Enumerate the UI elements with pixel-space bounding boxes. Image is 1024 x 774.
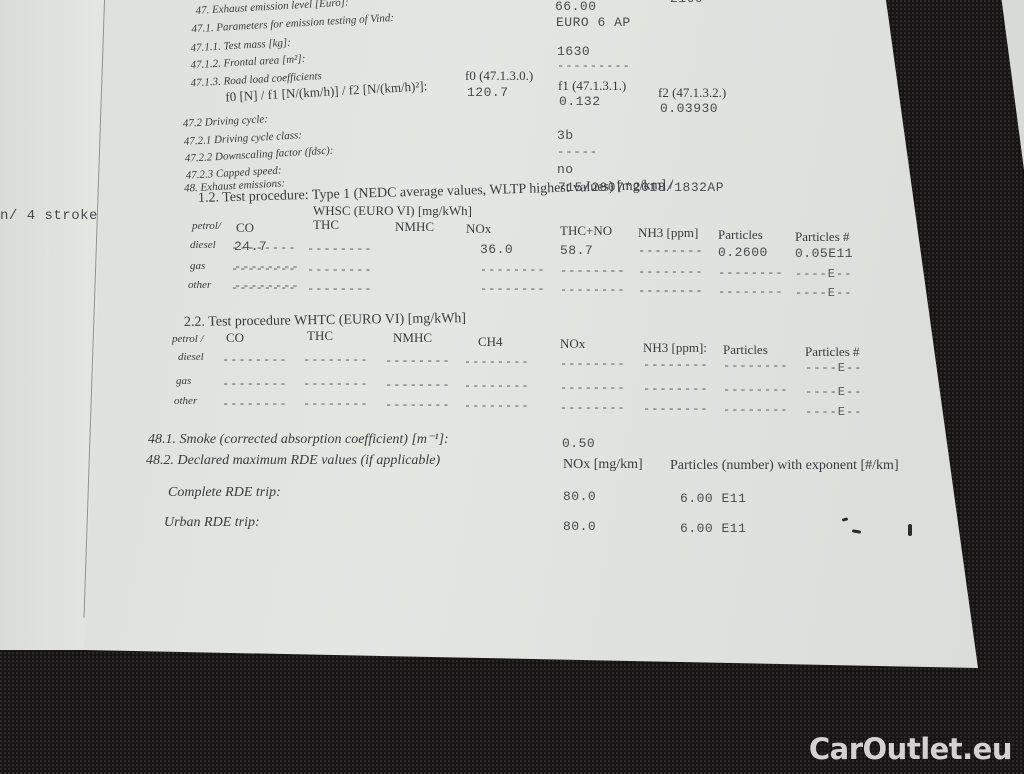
fuel-label: gas <box>190 261 205 272</box>
table-cell: -------- <box>307 264 373 276</box>
table-cell: 36.0 <box>480 243 513 256</box>
document-content: n/ 4 stroke Drive-by 47. Exhaust emissio… <box>0 0 1024 774</box>
ink-mark <box>908 524 912 536</box>
smoke-value: 0.50 <box>562 437 595 450</box>
table-cell: -------- <box>385 379 451 391</box>
table-cell: ----E-- <box>805 362 862 374</box>
table-cell: -------- <box>464 380 530 392</box>
column-header: NH3 [ppm]: <box>643 341 707 354</box>
table-cell: -------- <box>638 245 704 257</box>
column-header: Particles <box>723 343 768 356</box>
column-header: THC+NO <box>560 224 612 237</box>
table-cell: -------- <box>643 403 709 415</box>
rde-complete-label: Complete RDE trip: <box>168 486 281 500</box>
table-cell: -------- <box>480 264 546 276</box>
capped-speed-value: no <box>557 163 574 176</box>
f0-value: 120.7 <box>467 86 509 99</box>
rde-complete-particles: 6.00 E11 <box>680 492 746 505</box>
table-cell: -------- <box>303 354 369 366</box>
table-cell: -------- <box>638 266 704 278</box>
table-cell: -------- <box>560 284 626 296</box>
fuel-header: petrol/ <box>192 221 221 232</box>
fuel-label: gas <box>176 376 191 387</box>
rde-label: 48.2. Declared maximum RDE values (if ap… <box>146 454 440 468</box>
column-header: THC <box>313 218 339 231</box>
fuel-label: other <box>174 396 197 407</box>
table-cell: -------- <box>231 282 297 294</box>
table-cell: -------- <box>222 378 288 390</box>
column-header: CH4 <box>478 335 503 348</box>
table-cell: ----E-- <box>805 386 862 398</box>
table-cell: 0.05E11 <box>795 247 853 260</box>
rde-particles-header: Particles (number) with exponent [#/km] <box>670 459 899 473</box>
table-cell: -------- <box>303 378 369 390</box>
table-cell: -------- <box>222 354 288 366</box>
table-cell: -------- <box>231 263 297 275</box>
table-cell: -------- <box>723 404 789 416</box>
f0-header: f0 (47.1.3.0.) <box>465 69 533 82</box>
table-cell: -------- <box>560 358 626 370</box>
table-cell: -------- <box>643 359 709 371</box>
rde-urban-label: Urban RDE trip: <box>164 516 260 530</box>
frontal-area-value: --------- <box>557 60 631 72</box>
f1-header: f1 (47.1.3.1.) <box>558 79 626 92</box>
downscaling-factor-value: ----- <box>557 146 598 158</box>
table-cell: -------- <box>480 283 546 295</box>
column-header: Particles # <box>795 230 850 243</box>
table-cell: -------- <box>723 360 789 372</box>
fuel-header: petrol / <box>172 334 204 345</box>
table-cell: -------- <box>464 356 530 368</box>
table-cell: -------- <box>560 382 626 394</box>
table-cell: ----E-- <box>795 287 852 299</box>
emission-level-value: 66.00 <box>555 0 597 13</box>
section-47: Drive-by 47. Exhaust emission level [Eur… <box>0 0 1024 211</box>
table-cell: 0.2600 <box>718 246 768 259</box>
table-cell: -------- <box>307 243 373 255</box>
euro-class-value: EURO 6 AP <box>556 16 631 29</box>
table-cell: -------- <box>560 402 626 414</box>
f2-value: 0.03930 <box>660 102 718 115</box>
test1-subtitle: WHSC (EURO VI) [mg/kWh] <box>313 204 472 217</box>
row-47-1-2-label: 47.1.2. Frontal area [m²]: <box>190 52 306 72</box>
column-header: CO <box>236 221 254 234</box>
column-header: NMHC <box>393 331 432 344</box>
column-header: Particles <box>718 228 763 241</box>
table-cell: -------- <box>718 286 784 298</box>
rde-complete-nox: 80.0 <box>563 490 596 503</box>
rde-urban-nox: 80.0 <box>563 520 596 533</box>
row-47-1-1-label: 47.1.1. Test mass [kg]: <box>190 36 291 56</box>
driving-cycle-class-value: 3b <box>557 129 574 142</box>
fuel-label: other <box>188 280 211 291</box>
table-cell: -------- <box>464 400 530 412</box>
table-cell: -------- <box>303 398 369 410</box>
column-header: THC <box>307 329 333 342</box>
table-cell: -------- <box>385 399 451 411</box>
table-cell: ----E-- <box>805 406 862 418</box>
column-header: Particles # <box>805 345 860 358</box>
ink-mark <box>852 529 861 534</box>
table-cell: -------- <box>718 267 784 279</box>
column-header: NOx <box>560 337 585 350</box>
table-cell: -------- <box>385 355 451 367</box>
table-cell: -------- <box>723 384 789 396</box>
fuel-label: diesel <box>190 240 216 251</box>
table-cell: ----E-- <box>795 268 852 280</box>
rde-nox-header: NOx [mg/km] <box>563 458 643 472</box>
f2-header: f2 (47.1.3.2.) <box>658 86 726 99</box>
row-47-2-label: 47.2 Driving cycle: <box>182 112 268 131</box>
table-cell: -------- <box>643 383 709 395</box>
column-header: NH3 [ppm] <box>638 226 698 239</box>
column-header: NMHC <box>395 220 434 233</box>
smoke-label: 48.1. Smoke (corrected absorption coeffi… <box>148 433 449 447</box>
left-page-fragment: n/ 4 stroke <box>0 209 98 223</box>
test-mass-value: 1630 <box>557 45 590 58</box>
ink-mark <box>842 517 849 521</box>
table-cell: -------- <box>638 285 704 297</box>
table-cell: -------- <box>560 265 626 277</box>
fuel-label: diesel <box>178 352 204 363</box>
top-right-fragment: 2100 <box>670 0 703 5</box>
table-cell: -------- <box>307 283 373 295</box>
watermark-logo: CarOutlet.eu <box>809 732 1012 766</box>
column-header: CO <box>226 331 244 344</box>
table-cell: -------- <box>222 398 288 410</box>
column-header: NOx <box>466 222 491 235</box>
rde-urban-particles: 6.00 E11 <box>680 522 746 535</box>
f1-value: 0.132 <box>559 95 601 108</box>
table-cell: -------- <box>231 242 297 254</box>
table-cell: 58.7 <box>560 244 593 257</box>
